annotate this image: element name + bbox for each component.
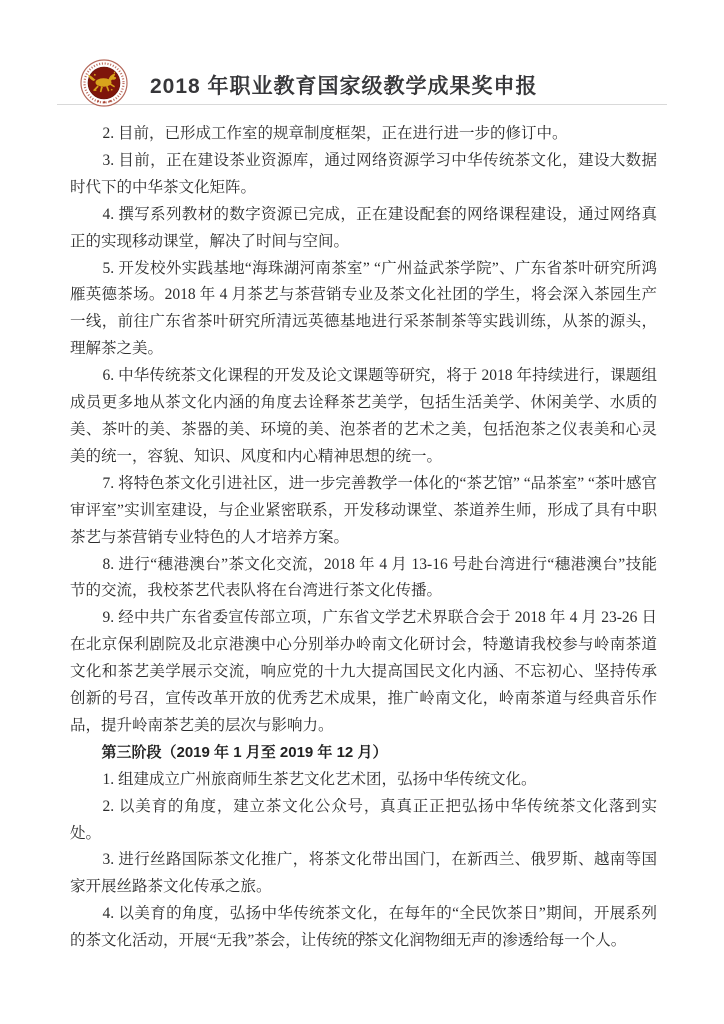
document-page: 2018 年职业教育国家级教学成果奖申报 2. 目前，已形成工作室的规章制度框架… xyxy=(0,0,724,1024)
section-heading-stage3: 第三阶段（2019 年 1 月至 2019 年 12 月） xyxy=(70,740,657,767)
paragraph-3: 3. 目前，正在建设茶业资源库，通过网络资源学习中华传统茶文化，建设大数据时代下… xyxy=(70,148,657,202)
header-divider xyxy=(57,104,667,105)
stage3-paragraph-1: 1. 组建成立广州旅商师生茶艺文化艺术团，弘扬中华传统文化。 xyxy=(70,767,657,794)
page-title: 2018 年职业教育国家级教学成果奖申报 xyxy=(150,70,538,100)
paragraph-7: 7. 将特色茶文化引进社区，进一步完善教学一体化的“茶艺馆” “品茶室” “茶叶… xyxy=(70,471,657,552)
stage3-paragraph-2: 2. 以美育的角度，建立茶文化公众号，真真正正把弘扬中华传统茶文化落到实处。 xyxy=(70,794,657,848)
paragraph-9: 9. 经中共广东省委宣传部立项，广东省文学艺术界联合会于 2018 年 4 月 … xyxy=(70,605,657,740)
paragraph-4: 4. 撰写系列教材的数字资源已完成，正在建设配套的网络课程建设，通过网络真正的实… xyxy=(70,202,657,256)
paragraph-5: 5. 开发校外实践基地“海珠湖河南茶室” “广州益武茶学院”、广东省茶叶研究所鸿… xyxy=(70,256,657,364)
school-seal-horse-icon xyxy=(80,59,128,107)
document-body: 2. 目前，已形成工作室的规章制度框架，正在进行进一步的修订中。 3. 目前，正… xyxy=(70,121,657,955)
page-number: 3 xyxy=(0,929,724,944)
paragraph-6: 6. 中华传统茶文化课程的开发及论文课题等研究，将于 2018 年持续进行，课题… xyxy=(70,363,657,471)
stage3-paragraph-3: 3. 进行丝路国际茶文化推广，将茶文化带出国门，在新西兰、俄罗斯、越南等国家开展… xyxy=(70,847,657,901)
paragraph-8: 8. 进行“穗港澳台”茶文化交流，2018 年 4 月 13-16 号赴台湾进行… xyxy=(70,552,657,606)
paragraph-2: 2. 目前，已形成工作室的规章制度框架，正在进行进一步的修订中。 xyxy=(70,121,657,148)
